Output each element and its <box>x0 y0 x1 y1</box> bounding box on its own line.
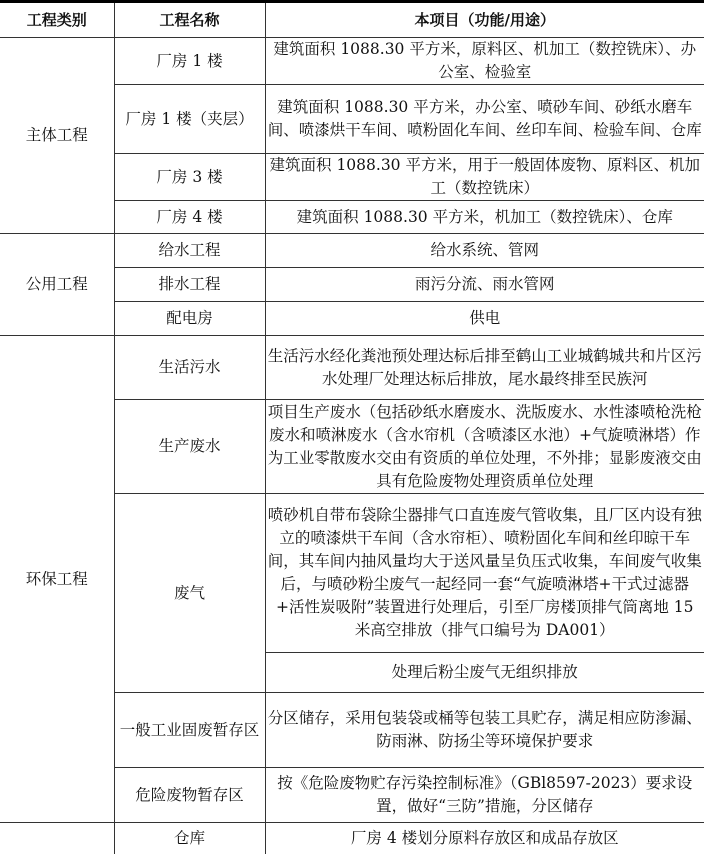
name-cell: 厂房 1 楼 <box>114 38 265 85</box>
name-cell: 生活污水 <box>114 336 265 400</box>
content-cell: 建筑面积 1088.30 平方米，办公室、喷砂车间、砂纸水磨车间、喷漆烘干车间、… <box>265 85 704 154</box>
content-cell: 建筑面积 1088.30 平方米，机加工（数控铣床）、仓库 <box>265 201 704 234</box>
name-cell: 废气 <box>114 494 265 693</box>
name-cell: 仓库 <box>114 823 265 854</box>
content-cell: 雨污分流、雨水管网 <box>265 268 704 302</box>
header-function: 本项目（功能/用途） <box>265 2 704 38</box>
name-cell: 厂房 1 楼（夹层） <box>114 85 265 154</box>
name-cell: 排水工程 <box>114 268 265 302</box>
content-cell: 按《危险废物贮存污染控制标准》（GBl8597-2023）要求设置，做好“三防”… <box>265 768 704 823</box>
name-cell: 一般工业固废暂存区 <box>114 693 265 768</box>
name-cell: 给水工程 <box>114 234 265 268</box>
category-cell <box>0 823 114 854</box>
category-cell: 主体工程 <box>0 38 114 234</box>
table-header-row: 工程类别 工程名称 本项目（功能/用途） <box>0 2 704 38</box>
name-cell: 厂房 3 楼 <box>114 154 265 201</box>
content-cell: 供电 <box>265 302 704 336</box>
table-row: 公用工程 给水工程 给水系统、管网 <box>0 234 704 268</box>
name-cell: 厂房 4 楼 <box>114 201 265 234</box>
name-cell: 生产废水 <box>114 400 265 494</box>
content-cell-secondary: 处理后粉尘废气无组织排放 <box>265 653 704 693</box>
content-cell: 项目生产废水（包括砂纸水磨废水、洗版废水、水性漆喷枪洗枪废水和喷淋废水（含水帘机… <box>265 400 704 494</box>
header-category: 工程类别 <box>0 2 114 38</box>
table-row: 主体工程 厂房 1 楼 建筑面积 1088.30 平方米，原料区、机加工（数控铣… <box>0 38 704 85</box>
table-row: 环保工程 生活污水 生活污水经化粪池预处理达标后排至鹤山工业城鹤城共和片区污水处… <box>0 336 704 400</box>
table-row: 仓库 厂房 4 楼划分原料存放区和成品存放区 <box>0 823 704 854</box>
content-cell: 建筑面积 1088.30 平方米，原料区、机加工（数控铣床）、办公室、检验室 <box>265 38 704 85</box>
content-cell: 给水系统、管网 <box>265 234 704 268</box>
project-composition-table: 工程类别 工程名称 本项目（功能/用途） 主体工程 厂房 1 楼 建筑面积 10… <box>0 0 704 854</box>
name-cell: 配电房 <box>114 302 265 336</box>
content-cell: 建筑面积 1088.30 平方米，用于一般固体废物、原料区、机加工（数控铣床） <box>265 154 704 201</box>
category-cell: 环保工程 <box>0 336 114 823</box>
name-cell: 危险废物暂存区 <box>114 768 265 823</box>
content-cell: 喷砂机自带布袋除尘器排气口直连废气管收集，且厂区内设有独立的喷漆烘干车间（含水帘… <box>265 494 704 653</box>
category-cell: 公用工程 <box>0 234 114 336</box>
content-cell: 厂房 4 楼划分原料存放区和成品存放区 <box>265 823 704 854</box>
header-name: 工程名称 <box>114 2 265 38</box>
content-cell: 分区储存，采用包装袋或桶等包装工具贮存，满足相应防渗漏、防雨淋、防扬尘等环境保护… <box>265 693 704 768</box>
content-cell: 生活污水经化粪池预处理达标后排至鹤山工业城鹤城共和片区污水处理厂处理达标后排放，… <box>265 336 704 400</box>
